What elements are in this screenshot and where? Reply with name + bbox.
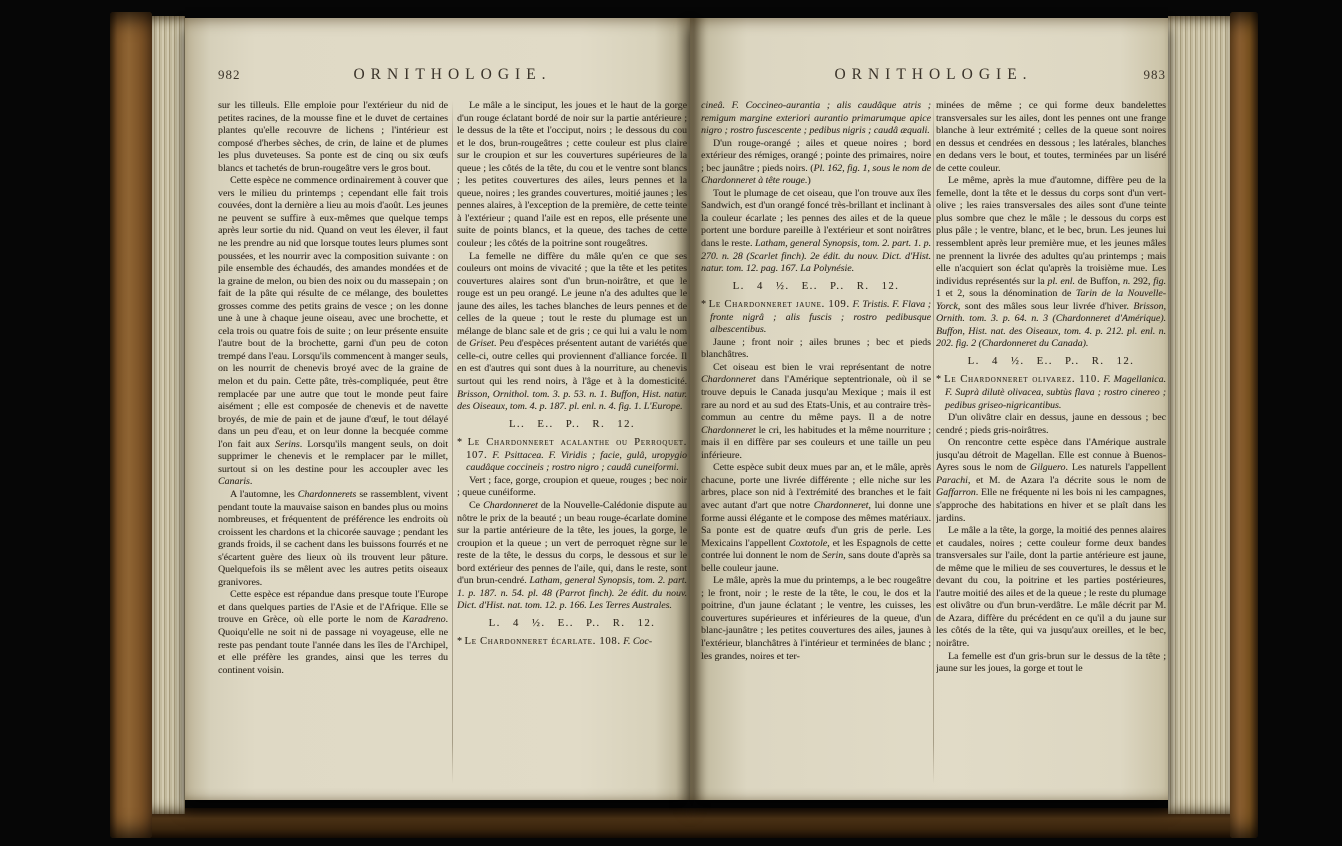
species-entry: * Le Chardonneret jaune. 109. F. Tristis…: [701, 299, 931, 337]
entry-asterisk: *: [701, 299, 706, 310]
paragraph: A l'automne, les Chardonnerets se rassem…: [218, 489, 448, 589]
dimension-formula: L. 4 ½. E.. P.. R. 12.: [936, 356, 1166, 369]
text-column: sur les tilleuls. Elle emploie pour l'ex…: [218, 100, 448, 784]
running-title: ORNITHOLOGIE.: [280, 66, 625, 84]
text-column: cineâ. F. Coccineo-aurantia ; alis caudâ…: [701, 100, 931, 784]
entry-asterisk: *: [936, 374, 941, 385]
paragraph: D'un olivâtre clair en dessus, jaune en …: [936, 412, 1166, 437]
paragraph: Cette espèce ne commence ordinairement à…: [218, 175, 448, 489]
column-divider: [452, 100, 453, 784]
paragraph: On rencontre cette espèce dans l'Amériqu…: [936, 437, 1166, 525]
left-page-edges: [152, 16, 185, 814]
species-entry-heading: Le Chardonneret olivarez. 110.: [944, 374, 1100, 385]
page-number: 983: [1104, 67, 1166, 83]
paragraph: Le même, après la mue d'automne, diffère…: [936, 175, 1166, 351]
paragraph: D'un rouge-orangé ; ailes et queue noire…: [701, 138, 931, 188]
species-entry: * Le Chardonneret olivarez. 110. F. Mage…: [936, 374, 1166, 412]
paragraph: cineâ. F. Coccineo-aurantia ; alis caudâ…: [701, 100, 931, 138]
photo-background: 982 ORNITHOLOGIE. sur les tilleuls. Elle…: [0, 0, 1342, 846]
text-column: minées de même ; ce qui forme deux bande…: [936, 100, 1166, 784]
entry-asterisk: *: [457, 636, 462, 647]
left-page: 982 ORNITHOLOGIE. sur les tilleuls. Elle…: [185, 18, 690, 800]
paragraph: minées de même ; ce qui forme deux bande…: [936, 100, 1166, 175]
entry-asterisk: *: [457, 437, 462, 448]
species-entry: * Le Chardonneret écarlate. 108. F. Coc-: [457, 636, 687, 649]
species-entry: * Le Chardonneret acalanthe ou Perroquet…: [457, 437, 687, 475]
paragraph: Le mâle, après la mue du printemps, a le…: [701, 575, 931, 663]
paragraph: Cet oiseau est bien le vrai représentant…: [701, 362, 931, 462]
column-divider: [933, 100, 934, 784]
page-header: ORNITHOLOGIE. 983: [701, 66, 1166, 84]
page-number: 982: [218, 67, 280, 83]
paragraph: La femelle ne diffère du mâle qu'en ce q…: [457, 251, 687, 414]
right-page: ORNITHOLOGIE. 983 cineâ. F. Coccineo-aur…: [690, 18, 1168, 800]
book: 982 ORNITHOLOGIE. sur les tilleuls. Elle…: [110, 12, 1258, 838]
species-entry-heading: Le Chardonneret écarlate. 108.: [464, 636, 620, 647]
right-cover-leather: [1230, 12, 1258, 838]
species-entry-latin: F. Psittacea. F. Viridis ; facie, gulâ, …: [466, 450, 687, 474]
paragraph: Le mâle a la tête, la gorge, la moitié d…: [936, 525, 1166, 650]
page-body: cineâ. F. Coccineo-aurantia ; alis caudâ…: [701, 100, 1166, 784]
paragraph: Vert ; face, gorge, croupion et queue, r…: [457, 475, 687, 500]
dimension-formula: L.. E.. P.. R. 12.: [457, 419, 687, 432]
paragraph: Jaune ; front noir ; ailes brunes ; bec …: [701, 337, 931, 362]
text-column: Le mâle a le sinciput, les joues et le h…: [457, 100, 687, 784]
paragraph: Cette espèce est répandue dans presque t…: [218, 589, 448, 677]
page-body: sur les tilleuls. Elle emploie pour l'ex…: [218, 100, 687, 784]
dimension-formula: L. 4 ½. E.. P.. R. 12.: [457, 618, 687, 631]
running-title: ORNITHOLOGIE.: [763, 66, 1104, 84]
left-cover-leather: [110, 12, 152, 838]
species-entry-heading: Le Chardonneret jaune. 109.: [709, 299, 850, 310]
paragraph: sur les tilleuls. Elle emploie pour l'ex…: [218, 100, 448, 175]
species-entry-latin: F. Coc-: [623, 636, 652, 647]
dimension-formula: L. 4 ½. E.. P.. R. 12.: [701, 281, 931, 294]
bottom-board: [124, 808, 1254, 838]
page-header: 982 ORNITHOLOGIE.: [218, 66, 687, 84]
paragraph: La femelle est d'un gris-brun sur le des…: [936, 651, 1166, 676]
right-page-edges: [1168, 16, 1230, 814]
paragraph: Cette espèce subit deux mues par an, et …: [701, 462, 931, 575]
paragraph: Ce Chardonneret de la Nouvelle-Calédonie…: [457, 500, 687, 613]
paragraph: Tout le plumage de cet oiseau, que l'on …: [701, 188, 931, 276]
paragraph: Le mâle a le sinciput, les joues et le h…: [457, 100, 687, 251]
